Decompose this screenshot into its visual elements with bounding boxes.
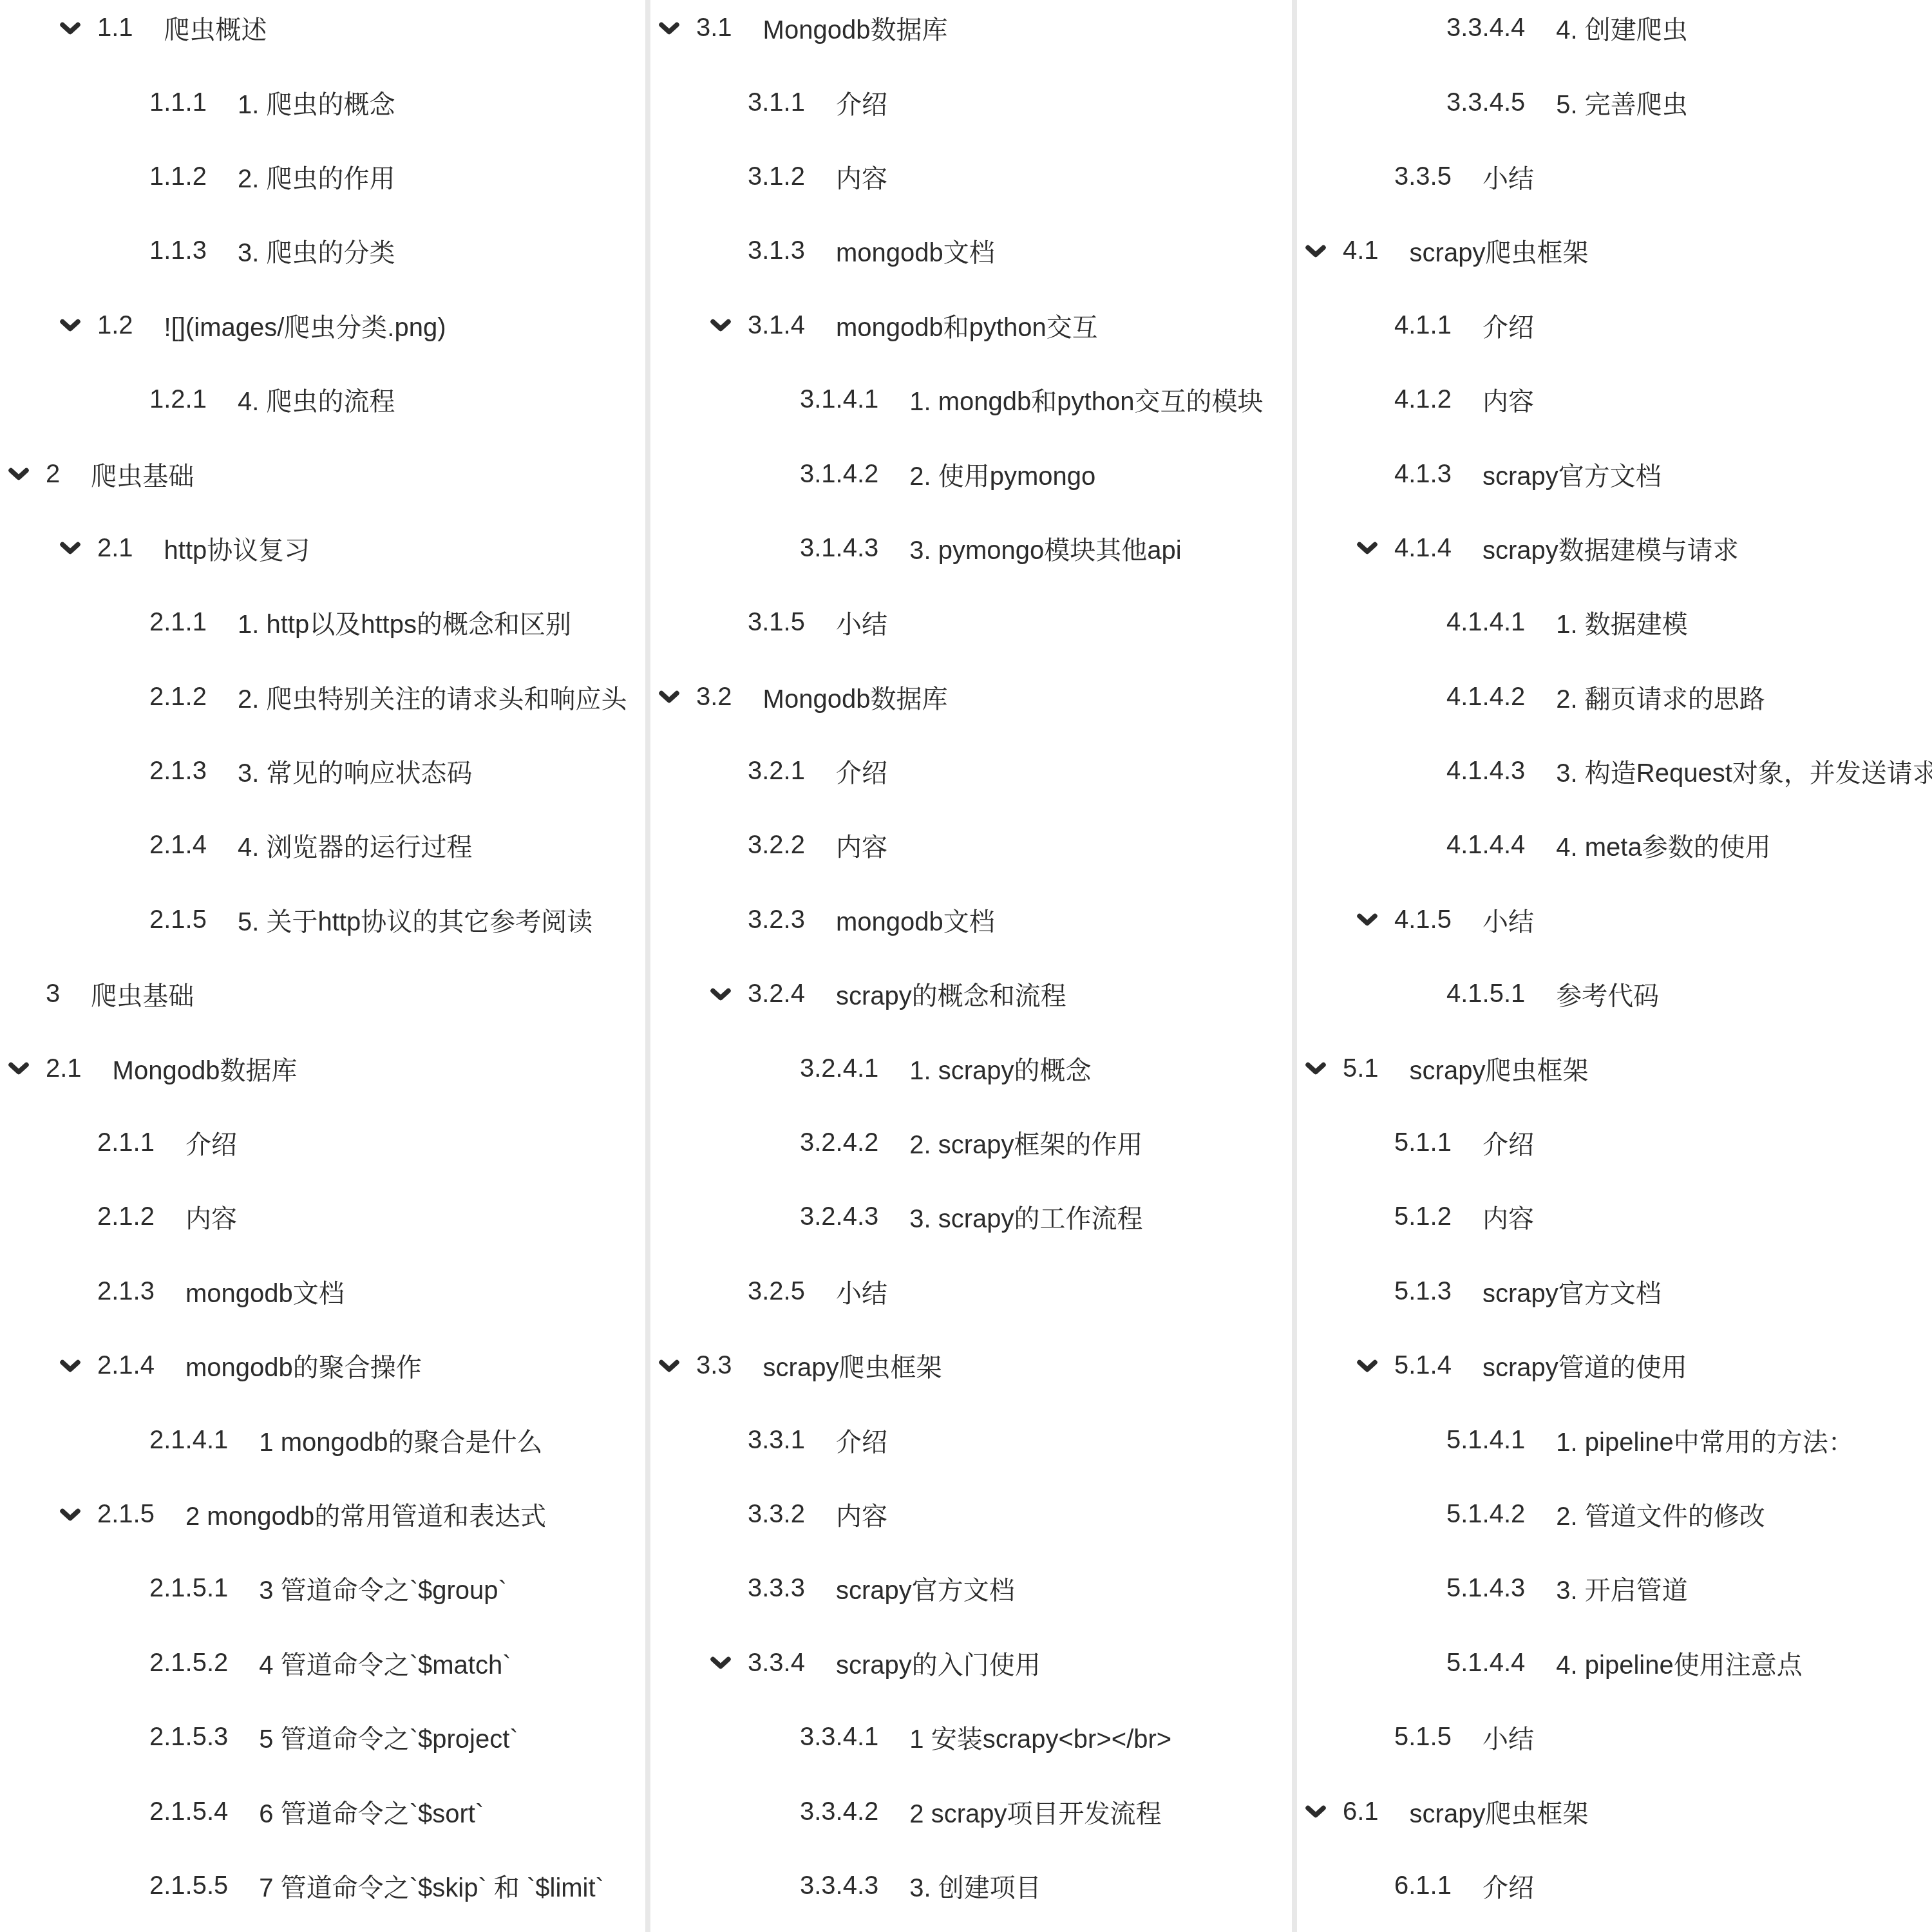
toc-item-number: 2.1.3 (149, 757, 207, 786)
toc-item-label: 2. scrapy框架的作用 (909, 1124, 1142, 1161)
toc-item-label: scrapy的概念和流程 (836, 976, 1066, 1012)
toc-item-number: 2.1 (97, 534, 133, 563)
toc-item-label: 3. 创建项目 (909, 1868, 1041, 1904)
toc-item-label: mongodb文档 (836, 232, 995, 269)
toc-item[interactable]: 5.1.4.4 4. pipeline使用注意点 (1297, 1626, 1932, 1700)
toc-item[interactable]: 5.1.4.3 3. 开启管道 (1297, 1551, 1932, 1625)
toc-item-number: 2.1.1 (149, 608, 207, 637)
toc-item-label: 内容 (1482, 1198, 1534, 1235)
toc-item-number: 5.1.3 (1394, 1277, 1452, 1306)
toc-item-number: 5.1.2 (1394, 1202, 1452, 1231)
toc-item-label: 2 mongodb的常用管道和表达式 (185, 1496, 546, 1533)
toc-item[interactable]: 4.1.5 小结 (1297, 883, 1932, 957)
toc-item-number: 2.1.4 (149, 831, 207, 860)
toc-item-number: 3 (46, 980, 60, 1009)
toc-item[interactable]: 3.3 scrapy爬虫框架 (650, 1329, 1292, 1403)
toc-item-number: 4.1.5.1 (1446, 980, 1525, 1009)
chevron-down-icon[interactable] (60, 1359, 80, 1373)
toc-item-number: 4.1 (1343, 236, 1379, 265)
toc-item[interactable]: 2.1.1 1. http以及https的概念和区别 (0, 585, 645, 659)
toc-item-label: 3. 爬虫的分类 (238, 232, 395, 269)
toc-item-number: 2.1.3 (97, 1277, 155, 1306)
toc-item[interactable]: 3.2.4 scrapy的概念和流程 (650, 957, 1292, 1031)
toc-item-number: 1.1.2 (149, 162, 207, 191)
toc-item-number: 3.2.4.1 (800, 1054, 878, 1083)
toc-item[interactable]: 2.1 http协议复习 (0, 511, 645, 585)
toc-item[interactable]: 3.1.4 mongodb和python交互 (650, 289, 1292, 363)
toc-item-number: 3.3.4 (748, 1649, 805, 1678)
toc-item[interactable]: 2.1.5.1 3 管道命令之`$group` (0, 1551, 645, 1625)
toc-item-number: 2.1.5.5 (149, 1871, 228, 1900)
toc-item-label: 介绍 (1482, 307, 1534, 344)
toc-item-number: 3.1.3 (748, 236, 805, 265)
toc-item-number: 4.1.5 (1394, 905, 1452, 934)
toc-item-label: Mongodb数据库 (763, 10, 948, 46)
toc-item[interactable]: 4.1.4.1 1. 数据建模 (1297, 585, 1932, 659)
toc-item-label: scrapy爬虫框架 (1410, 1050, 1589, 1087)
toc-item-number: 2.1.4.1 (149, 1426, 228, 1455)
toc-item-label: ![](images/爬虫分类.png) (164, 307, 446, 344)
toc-item-number: 4.1.4.4 (1446, 831, 1525, 860)
toc-item-number: 1.1.3 (149, 236, 207, 265)
toc-item-number: 3.3.4.1 (800, 1723, 878, 1752)
toc-item-label: 2. 翻页请求的思路 (1556, 679, 1765, 715)
toc-item-label: 1. scrapy的概念 (909, 1050, 1091, 1087)
toc-item[interactable]: 4.1.4 scrapy数据建模与请求 (1297, 511, 1932, 585)
toc-item-label: 介绍 (836, 753, 887, 790)
toc-item-label: 小结 (836, 604, 887, 641)
toc-item[interactable]: 4.1.4.2 2. 翻页请求的思路 (1297, 660, 1932, 734)
chevron-down-icon[interactable] (60, 541, 80, 555)
toc-item[interactable]: 3 爬虫基础 (0, 957, 645, 1031)
toc-item[interactable]: 3.1.4.1 1. mongdb和python交互的模块 (650, 363, 1292, 437)
chevron-down-icon[interactable] (710, 987, 731, 1001)
toc-item-label: mongodb文档 (185, 1273, 345, 1310)
toc-item[interactable]: 2.1.5.3 5 管道命令之`$project` (0, 1700, 645, 1774)
toc-item[interactable]: 6.1.1 介绍 (1297, 1849, 1932, 1923)
toc-item-label: 参考代码 (1556, 976, 1659, 1012)
toc-item[interactable]: 2.1 Mongodb数据库 (0, 1031, 645, 1105)
chevron-down-icon[interactable] (710, 318, 731, 332)
toc-item[interactable]: 3.3.4.1 1 安装scrapy<br></br> (650, 1700, 1292, 1774)
toc-item-label: scrapy管道的使用 (1482, 1347, 1687, 1384)
toc-item[interactable]: 3.3.4 scrapy的入门使用 (650, 1626, 1292, 1700)
toc-item-number: 3.3.4.3 (800, 1871, 878, 1900)
toc-item-label: 2. 管道文件的修改 (1556, 1496, 1765, 1533)
toc-item-label: 4. meta参数的使用 (1556, 827, 1770, 864)
toc-item-label: 内容 (1482, 381, 1534, 418)
toc-item[interactable]: 2.1.2 2. 爬虫特别关注的请求头和响应头 (0, 660, 645, 734)
toc-item-label: 爬虫基础 (91, 976, 194, 1012)
toc-item-label: scrapy数据建模与请求 (1482, 530, 1739, 567)
toc-item[interactable]: 3.2.4.2 2. scrapy框架的作用 (650, 1106, 1292, 1180)
toc-item-number: 3.3.4.5 (1446, 88, 1525, 117)
chevron-down-icon[interactable] (659, 21, 679, 35)
toc-item-label: 小结 (1482, 158, 1534, 195)
toc-item-label: 3 管道命令之`$group` (259, 1570, 507, 1607)
chevron-down-icon[interactable] (1357, 1359, 1378, 1373)
toc-item-label: Mongodb数据库 (763, 679, 948, 715)
toc-item-number: 5.1 (1343, 1054, 1379, 1083)
toc-item-number: 3.3.2 (748, 1500, 805, 1529)
toc-item-label: 2. 使用pymongo (909, 456, 1095, 493)
chevron-down-icon[interactable] (60, 1508, 80, 1522)
toc-item-label: 内容 (185, 1198, 237, 1235)
toc-item-number: 3.2.1 (748, 757, 805, 786)
chevron-down-icon[interactable] (8, 1061, 29, 1075)
toc-item-label: 5. 完善爬虫 (1556, 84, 1687, 121)
toc-column-3: 3.3.4.4 4. 创建爬虫 3.3.4.5 5. 完善爬虫 3.3.5 小结… (1292, 0, 1932, 1932)
toc-item[interactable]: 4.1.4.4 4. meta参数的使用 (1297, 808, 1932, 882)
toc-item[interactable]: 3.1.1 介绍 (650, 65, 1292, 139)
toc-item-label: 2. 爬虫的作用 (238, 158, 395, 195)
toc-column-3-rows: 3.3.4.4 4. 创建爬虫 3.3.4.5 5. 完善爬虫 3.3.5 小结… (1297, 0, 1932, 1923)
toc-column-1: 1.1 爬虫概述 1.1.1 1. 爬虫的概念 1.1.2 2. 爬虫的作用 1… (0, 0, 645, 1932)
toc-item-number: 3.1.5 (748, 608, 805, 637)
toc-item[interactable]: 1.1 爬虫概述 (0, 0, 645, 65)
toc-item-label: 介绍 (1482, 1868, 1534, 1904)
toc-item[interactable]: 5.1.4.1 1. pipeline中常用的方法： (1297, 1403, 1932, 1477)
toc-item-number: 5.1.4.4 (1446, 1649, 1525, 1678)
toc-item-label: 1. 数据建模 (1556, 604, 1687, 641)
toc-item-number: 3.1.2 (748, 162, 805, 191)
toc-item-number: 3.2.4 (748, 980, 805, 1009)
toc-item-number: 3.1.1 (748, 88, 805, 117)
toc-item-label: scrapy官方文档 (1482, 456, 1662, 493)
toc-item[interactable]: 3.2.4.3 3. scrapy的工作流程 (650, 1180, 1292, 1254)
toc-item-number: 4.1.4 (1394, 534, 1452, 563)
toc-item-label: scrapy官方文档 (1482, 1273, 1662, 1310)
chevron-down-icon[interactable] (60, 318, 80, 332)
toc-item[interactable]: 3.3.5 小结 (1297, 140, 1932, 214)
toc-item-label: 1 安装scrapy<br></br> (909, 1719, 1171, 1756)
toc-item[interactable]: 3.1.3 mongodb文档 (650, 214, 1292, 288)
toc-item-label: 5 管道命令之`$project` (259, 1719, 518, 1756)
toc-item[interactable]: 4.1.2 内容 (1297, 363, 1932, 437)
toc-item-number: 2.1.5.3 (149, 1723, 228, 1752)
toc-item-label: 7 管道命令之`$skip` 和 `$limit` (259, 1868, 604, 1904)
toc-item-label: http协议复习 (164, 530, 310, 567)
toc-item[interactable]: 3.1.4.2 2. 使用pymongo (650, 437, 1292, 511)
chevron-down-icon[interactable] (659, 690, 679, 704)
toc-item[interactable]: 1.2 ![](images/爬虫分类.png) (0, 289, 645, 363)
toc-item-label: scrapy的入门使用 (836, 1645, 1041, 1681)
toc-item-label: 1. pipeline中常用的方法： (1556, 1422, 1853, 1459)
toc-item-label: 2. 爬虫特别关注的请求头和响应头 (238, 679, 627, 715)
toc-item-number: 5.1.4.3 (1446, 1574, 1525, 1603)
toc-item-number: 3.3.1 (748, 1426, 805, 1455)
toc-item[interactable]: 3.3.3 scrapy官方文档 (650, 1551, 1292, 1625)
toc-item-number: 2.1.4 (97, 1351, 155, 1380)
toc-item-number: 3.2.4.3 (800, 1202, 878, 1231)
chevron-down-icon[interactable] (8, 467, 29, 481)
toc-item-number: 1.2 (97, 311, 133, 340)
toc-item[interactable]: 1.1.3 3. 爬虫的分类 (0, 214, 645, 288)
toc-item-number: 3.1.4.2 (800, 460, 878, 489)
toc-item-label: 3. 常见的响应状态码 (238, 753, 472, 790)
toc-item-label: 小结 (1482, 902, 1534, 938)
toc-item[interactable]: 2.1.5.5 7 管道命令之`$skip` 和 `$limit` (0, 1849, 645, 1923)
toc-item-label: 3. pymongo模块其他api (909, 530, 1181, 567)
toc-item-number: 5.1.5 (1394, 1723, 1452, 1752)
toc-item[interactable]: 1.1.1 1. 爬虫的概念 (0, 65, 645, 139)
toc-item-label: 4. 浏览器的运行过程 (238, 827, 472, 864)
toc-item[interactable]: 6.1 scrapy爬虫框架 (1297, 1774, 1932, 1848)
chevron-down-icon[interactable] (1305, 1804, 1326, 1819)
toc-item[interactable]: 3.2 Mongodb数据库 (650, 660, 1292, 734)
toc-item[interactable]: 3.3.4.3 3. 创建项目 (650, 1849, 1292, 1923)
toc-item-number: 3.1.4.1 (800, 385, 878, 414)
toc-item-label: 3. 构造Request对象，并发送请求 (1556, 753, 1932, 790)
toc-item-number: 2.1.5 (149, 905, 207, 934)
toc-item-label: 内容 (836, 158, 887, 195)
toc-item[interactable]: 2.1.5 5. 关于http协议的其它参考阅读 (0, 883, 645, 957)
toc-item-number: 6.1 (1343, 1797, 1379, 1826)
toc-item-label: 4 管道命令之`$match` (259, 1645, 511, 1681)
toc-item[interactable]: 2.1.5.4 6 管道命令之`$sort` (0, 1774, 645, 1848)
toc-item-number: 3.2.3 (748, 905, 805, 934)
toc-item[interactable]: 3.3.4.2 2 scrapy项目开发流程 (650, 1774, 1292, 1848)
toc-item-number: 4.1.4.2 (1446, 683, 1525, 712)
toc-column-2: 3.1 Mongodb数据库 3.1.1 介绍 3.1.2 内容 3.1.3 m… (645, 0, 1292, 1932)
toc-item[interactable]: 1.1.2 2. 爬虫的作用 (0, 140, 645, 214)
toc-item-number: 4.1.3 (1394, 460, 1452, 489)
toc-item[interactable]: 3.3.4.4 4. 创建爬虫 (1297, 0, 1932, 65)
toc-item[interactable]: 2.1.4.1 1 mongodb的聚合是什么 (0, 1403, 645, 1477)
toc-item[interactable]: 3.1.2 内容 (650, 140, 1292, 214)
toc-item[interactable]: 2.1.3 3. 常见的响应状态码 (0, 734, 645, 808)
toc-item[interactable]: 2 爬虫基础 (0, 437, 645, 511)
toc-item-number: 2.1 (46, 1054, 82, 1083)
toc-item-label: 介绍 (836, 84, 887, 121)
chevron-down-icon[interactable] (1357, 913, 1378, 927)
toc-item[interactable]: 1.2.1 4. 爬虫的流程 (0, 363, 645, 437)
toc-item[interactable]: 4.1 scrapy爬虫框架 (1297, 214, 1932, 288)
toc-item[interactable]: 5.1.1 介绍 (1297, 1106, 1932, 1180)
toc-item-number: 3.1.4.3 (800, 534, 878, 563)
toc-item-number: 3.2.5 (748, 1277, 805, 1306)
toc-item-label: 1. 爬虫的概念 (238, 84, 395, 121)
toc-item[interactable]: 3.3.4.5 5. 完善爬虫 (1297, 65, 1932, 139)
toc-item-number: 3.2.2 (748, 831, 805, 860)
toc-item-label: 3. 开启管道 (1556, 1570, 1687, 1607)
toc-item[interactable]: 3.2.1 介绍 (650, 734, 1292, 808)
toc-item-number: 5.1.1 (1394, 1128, 1452, 1157)
toc-item-label: 1. mongdb和python交互的模块 (909, 381, 1263, 418)
chevron-down-icon[interactable] (1305, 1061, 1326, 1075)
toc-item-label: 4. 爬虫的流程 (238, 381, 395, 418)
toc-item[interactable]: 2.1.5.2 4 管道命令之`$match` (0, 1626, 645, 1700)
chevron-down-icon[interactable] (1357, 541, 1378, 555)
toc-item-label: 小结 (836, 1273, 887, 1310)
toc-item[interactable]: 3.2.5 小结 (650, 1255, 1292, 1329)
toc-item-label: scrapy爬虫框架 (1410, 1794, 1589, 1830)
toc-item-number: 2.1.5.4 (149, 1797, 228, 1826)
toc-item-number: 3.3.4.2 (800, 1797, 878, 1826)
toc-item-label: 内容 (836, 827, 887, 864)
toc-item[interactable]: 4.1.1 介绍 (1297, 289, 1932, 363)
toc-item-label: 1. http以及https的概念和区别 (238, 604, 571, 641)
toc-item-number: 3.3 (696, 1351, 732, 1380)
toc-item[interactable]: 3.1 Mongodb数据库 (650, 0, 1292, 65)
toc-item[interactable]: 2.1.5 2 mongodb的常用管道和表达式 (0, 1477, 645, 1551)
toc-item-number: 1.2.1 (149, 385, 207, 414)
toc-item[interactable]: 3.2.3 mongodb文档 (650, 883, 1292, 957)
toc-item-number: 3.3.3 (748, 1574, 805, 1603)
toc-column-2-rows: 3.1 Mongodb数据库 3.1.1 介绍 3.1.2 内容 3.1.3 m… (650, 0, 1292, 1923)
toc-item-label: 4. 创建爬虫 (1556, 10, 1687, 46)
toc-item[interactable]: 2.1.1 介绍 (0, 1106, 645, 1180)
toc-item[interactable]: 3.2.2 内容 (650, 808, 1292, 882)
toc-item[interactable]: 2.1.4 mongodb的聚合操作 (0, 1329, 645, 1403)
toc-item-number: 2.1.2 (149, 683, 207, 712)
toc-item-label: 介绍 (836, 1422, 887, 1459)
toc-item-label: 爬虫概述 (164, 10, 267, 46)
toc-item-number: 2.1.5.1 (149, 1574, 228, 1603)
toc-item-label: mongodb文档 (836, 902, 995, 938)
toc-item[interactable]: 2.1.2 内容 (0, 1180, 645, 1254)
toc-item-number: 6.1.1 (1394, 1871, 1452, 1900)
toc-item-label: 爬虫基础 (91, 456, 194, 493)
toc-item-label: 2 scrapy项目开发流程 (909, 1794, 1161, 1830)
toc-item-label: 介绍 (1482, 1124, 1534, 1161)
toc-item-label: scrapy爬虫框架 (763, 1347, 942, 1384)
toc-item-number: 5.1.4 (1394, 1351, 1452, 1380)
toc-item-label: mongodb和python交互 (836, 307, 1098, 344)
toc-item[interactable]: 2.1.3 mongodb文档 (0, 1255, 645, 1329)
toc-item-number: 3.3.4.4 (1446, 14, 1525, 43)
toc-item-number: 1.1 (97, 14, 133, 43)
toc-item-number: 2.1.5 (97, 1500, 155, 1529)
toc-item-number: 3.1 (696, 14, 732, 43)
toc-item[interactable]: 3.1.5 小结 (650, 585, 1292, 659)
toc-item-label: mongodb的聚合操作 (185, 1347, 422, 1384)
toc-item[interactable]: 3.3.2 内容 (650, 1477, 1292, 1551)
toc-item-label: scrapy爬虫框架 (1410, 232, 1589, 269)
toc-item-number: 2.1.5.2 (149, 1649, 228, 1678)
toc-item-number: 3.1.4 (748, 311, 805, 340)
toc-item-number: 5.1.4.1 (1446, 1426, 1525, 1455)
table-of-contents: 1.1 爬虫概述 1.1.1 1. 爬虫的概念 1.1.2 2. 爬虫的作用 1… (0, 0, 1932, 1932)
toc-item[interactable]: 5.1.2 内容 (1297, 1180, 1932, 1254)
toc-item-number: 2.1.1 (97, 1128, 155, 1157)
toc-item-label: 4. pipeline使用注意点 (1556, 1645, 1802, 1681)
chevron-down-icon[interactable] (1305, 244, 1326, 258)
toc-item-number: 2 (46, 460, 60, 489)
toc-item-label: 小结 (1482, 1719, 1534, 1756)
toc-item-number: 1.1.1 (149, 88, 207, 117)
toc-item-label: 3. scrapy的工作流程 (909, 1198, 1142, 1235)
toc-item-label: 6 管道命令之`$sort` (259, 1794, 484, 1830)
toc-item-number: 3.2.4.2 (800, 1128, 878, 1157)
toc-item[interactable]: 3.3.1 介绍 (650, 1403, 1292, 1477)
toc-item-label: 介绍 (185, 1124, 237, 1161)
toc-item-label: 1 mongodb的聚合是什么 (259, 1422, 542, 1459)
toc-item-number: 5.1.4.2 (1446, 1500, 1525, 1529)
toc-item[interactable]: 3.2.4.1 1. scrapy的概念 (650, 1031, 1292, 1105)
toc-item-number: 4.1.2 (1394, 385, 1452, 414)
chevron-down-icon[interactable] (710, 1656, 731, 1670)
chevron-down-icon[interactable] (659, 1359, 679, 1373)
toc-item[interactable]: 5.1.5 小结 (1297, 1700, 1932, 1774)
outline-screen: { "page": { "background": "#ffffff", "te… (0, 0, 1932, 1932)
toc-item[interactable]: 2.1.4 4. 浏览器的运行过程 (0, 808, 645, 882)
toc-item-label: 内容 (836, 1496, 887, 1533)
toc-item-number: 4.1.1 (1394, 311, 1452, 340)
toc-item[interactable]: 4.1.5.1 参考代码 (1297, 957, 1932, 1031)
toc-item-number: 2.1.2 (97, 1202, 155, 1231)
toc-item-number: 4.1.4.1 (1446, 608, 1525, 637)
toc-item-label: scrapy官方文档 (836, 1570, 1015, 1607)
toc-column-1-rows: 1.1 爬虫概述 1.1.1 1. 爬虫的概念 1.1.2 2. 爬虫的作用 1… (0, 0, 645, 1923)
toc-item[interactable]: 5.1 scrapy爬虫框架 (1297, 1031, 1932, 1105)
toc-item-label: 5. 关于http协议的其它参考阅读 (238, 902, 592, 938)
toc-item[interactable]: 4.1.3 scrapy官方文档 (1297, 437, 1932, 511)
toc-item-label: Mongodb数据库 (113, 1050, 298, 1087)
toc-item-number: 3.2 (696, 683, 732, 712)
toc-item[interactable]: 3.1.4.3 3. pymongo模块其他api (650, 511, 1292, 585)
toc-item[interactable]: 5.1.3 scrapy官方文档 (1297, 1255, 1932, 1329)
toc-item-number: 4.1.4.3 (1446, 757, 1525, 786)
toc-item[interactable]: 4.1.4.3 3. 构造Request对象，并发送请求 (1297, 734, 1932, 808)
toc-item[interactable]: 5.1.4 scrapy管道的使用 (1297, 1329, 1932, 1403)
toc-item-number: 3.3.5 (1394, 162, 1452, 191)
chevron-down-icon[interactable] (60, 21, 80, 35)
toc-item[interactable]: 5.1.4.2 2. 管道文件的修改 (1297, 1477, 1932, 1551)
